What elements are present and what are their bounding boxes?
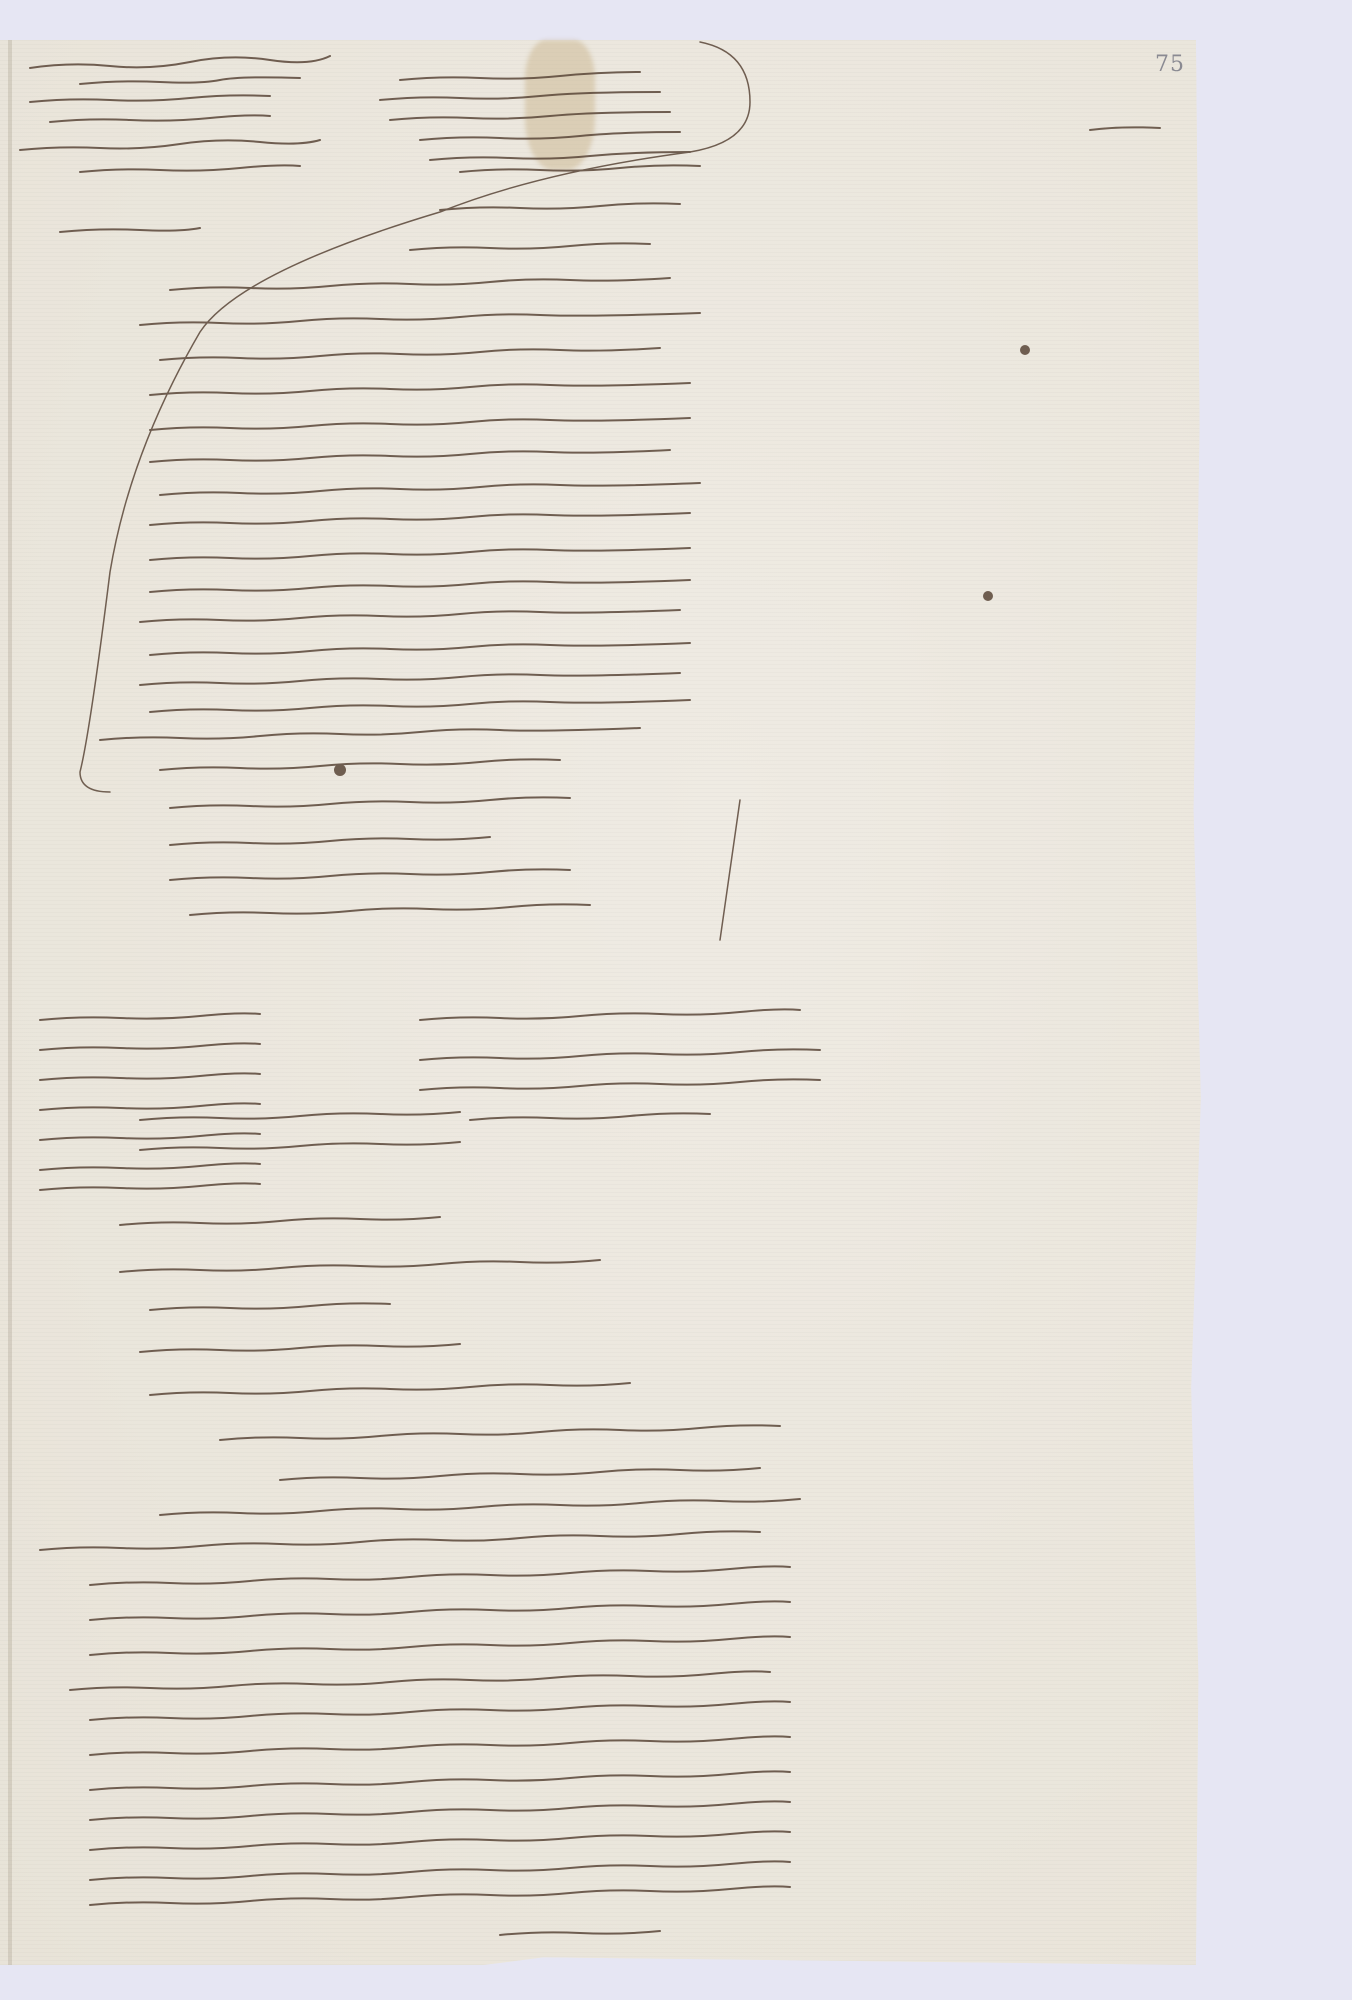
handwriting-strokes [0, 0, 1352, 2000]
